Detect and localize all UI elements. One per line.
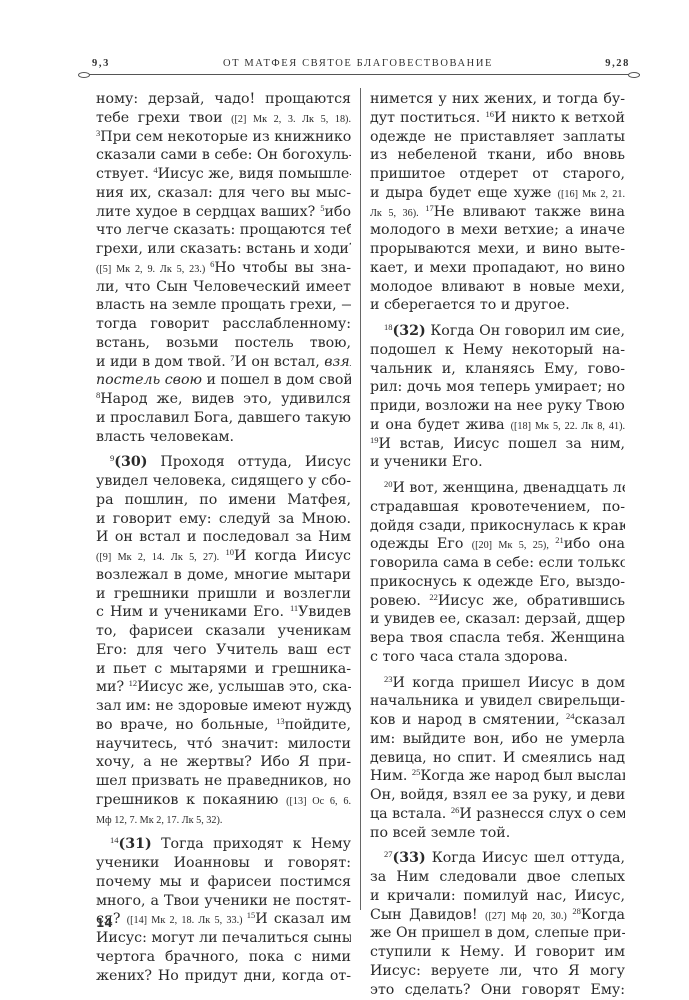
column-divider	[360, 88, 361, 910]
text-line: и грешники пришли и возлегли	[96, 585, 351, 604]
verse-number: 21	[555, 535, 564, 545]
text-line: и прославил Бога, давшего такую	[96, 409, 351, 428]
text-line: рил: дочь моя теперь умирает; но	[370, 378, 625, 397]
paragraph: 18(32) Когда Он говорил им сие, подошел …	[370, 322, 625, 472]
text-line: ми? 12Иисус же, услышав это, ска-	[96, 678, 351, 697]
verse-number: 12	[129, 678, 138, 688]
text-line: приди, возложи на нее руку Твою,	[370, 397, 625, 416]
verse-number: 20	[384, 479, 393, 489]
text-line: Он, войдя, взял ее за руку, и деви-	[370, 786, 625, 805]
text-line: 9(30) Проходя оттуда, Иисус	[96, 453, 351, 472]
section-number: (31)	[119, 836, 152, 852]
text-line: одежды Его ([20] Мк 5, 25), 21ибо она	[370, 535, 625, 554]
text-line: 3При сем некоторые из книжников	[96, 128, 351, 147]
text-line: 19И встав, Иисус пошел за ним,	[370, 435, 625, 454]
verse-number: 14	[110, 835, 119, 845]
text-line: ся? ([14] Мк 2, 18. Лк 5, 33.) 15И сказа…	[96, 910, 351, 929]
header-title: ОТ МАТФЕЯ СВЯТОЕ БЛАГОВЕСТВОВАНИЕ	[78, 58, 638, 69]
text-line: то, фарисеи сказали ученикам	[96, 622, 351, 641]
text-line: и сберегается то и другое.	[370, 296, 625, 315]
text-line: начальника и увидел свирельщи-	[370, 692, 625, 711]
text-line: девица, но спит. И смеялись над	[370, 749, 625, 768]
page-number: 14	[96, 916, 113, 930]
cross-reference: ([16] Мк 2, 21.	[558, 189, 625, 200]
text-line: Мф 12, 7. Мк 2, 17. Лк 5, 32).	[96, 810, 351, 829]
verse-number: 17	[425, 203, 434, 213]
section-number: (33)	[393, 850, 426, 866]
header-rule	[80, 74, 640, 75]
text-line: же Он пришел в дом, слепые при-	[370, 924, 625, 943]
text-line: им: выйдите вон, ибо не умерла	[370, 730, 625, 749]
text-line: Лк 5, 36). 17Не вливают также вина	[370, 203, 625, 222]
text-line: ступили к Нему. И говорит им	[370, 943, 625, 962]
paragraph: ному: дерзай, чадо! прощаются тебе грехи…	[96, 90, 351, 446]
text-line: это сделать? Они говорят Ему:	[370, 981, 625, 1000]
text-line: нимется у них жених, и тогда бу-	[370, 90, 625, 109]
text-line: дойдя сзади, прикоснулась к краю	[370, 517, 625, 536]
running-header: 9,3 ОТ МАТФЕЯ СВЯТОЕ БЛАГОВЕСТВОВАНИЕ 9,…	[78, 58, 638, 78]
text-line: Сын Давидов! ([27] Мф 20, 30.) 28Когда	[370, 906, 625, 925]
cross-reference: ([13] Ос 6, 6.	[286, 796, 351, 807]
text-line: вера твоя спасла тебя. Женщина	[370, 629, 625, 648]
verse-number: 11	[290, 603, 298, 613]
cross-reference: ([9] Мк 2, 14. Лк 5, 27).	[96, 552, 225, 563]
text-line: ствует. 4Иисус же, видя помышле-	[96, 165, 351, 184]
text-line: тебе грехи твои ([2] Мк 2, 3. Лк 5, 18).	[96, 109, 351, 128]
text-line: подошел к Нему некоторый на-	[370, 341, 625, 360]
text-line: кает, и мехи пропадают, но вино	[370, 259, 625, 278]
text-line: из небеленой ткани, ибо вновь	[370, 146, 625, 165]
text-line: и говорит ему: следуй за Мною.	[96, 510, 351, 529]
text-line: возлежал в доме, многие мытари	[96, 566, 351, 585]
cross-reference: ([20] Мк 5, 25),	[472, 540, 556, 551]
text-line: дут поститься. 16И никто к ветхой	[370, 109, 625, 128]
text-line: сказали сами в себе: Он богохуль-	[96, 146, 351, 165]
cross-reference: Мф 12, 7. Мк 2, 17. Лк 5, 32).	[96, 815, 222, 826]
text-line: Иисус: веруете ли, что Я могу	[370, 962, 625, 981]
paragraph: 14(31) Тогда приходят к Нему ученики Иоа…	[96, 835, 351, 985]
text-line: Иисус: могут ли печалиться сыны	[96, 929, 351, 948]
text-line: Ним. 25Когда же народ был выслан,	[370, 767, 625, 786]
text-line: с того часа стала здорова.	[370, 648, 625, 667]
cross-reference: ([5] Мк 2, 9. Лк 5, 23.)	[96, 264, 210, 275]
cross-reference: ([27] Мф 20, 30.)	[485, 911, 572, 922]
text-line: ученики Иоанновы и говорят:	[96, 854, 351, 873]
paragraph: 27(33) Когда Иисус шел оттуда, за Ним сл…	[370, 849, 625, 999]
text-line: одежде не приставляет заплаты	[370, 128, 625, 147]
text-line: молодого в мехи ветхие; а иначе	[370, 221, 625, 240]
text-line: во враче, но больные, 13пойдите,	[96, 716, 351, 735]
text-line: постель свою и пошел в дом свой.	[96, 371, 351, 390]
text-line: 27(33) Когда Иисус шел оттуда,	[370, 849, 625, 868]
text-line: грехи, или сказать: встань и ходи?	[96, 240, 351, 259]
text-line: жених? Но придут дни, когда от-	[96, 967, 351, 986]
cross-reference: Лк 5, 36).	[370, 208, 425, 219]
verse-number: 19	[370, 435, 379, 445]
paragraph: 20И вот, женщина, двенадцать лет страдав…	[370, 479, 625, 667]
verse-number: 13	[276, 716, 285, 726]
text-line: власть человекам.	[96, 428, 351, 447]
cross-reference: ([2] Мк 2, 3. Лк 5, 18).	[231, 114, 351, 125]
text-line: увидел человека, сидящего у сбо-	[96, 472, 351, 491]
text-line: хочу, а не жертвы? Ибо Я при-	[96, 753, 351, 772]
text-line: 20И вот, женщина, двенадцать лет	[370, 479, 625, 498]
text-line: чертога брачного, пока с ними	[96, 948, 351, 967]
text-line: и пьет с мытарями и грешника-	[96, 660, 351, 679]
text-line: научитесь, что́ значит: милости	[96, 735, 351, 754]
text-line: и ученики Его.	[370, 453, 625, 472]
verse-number: 15	[247, 910, 256, 920]
text-line: почему мы и фарисеи постимся	[96, 873, 351, 892]
text-line: ному: дерзай, чадо! прощаются	[96, 90, 351, 109]
section-number: (32)	[393, 323, 426, 339]
text-line: грешников к покаянию ([13] Ос 6, 6.	[96, 791, 351, 810]
text-line: и кричали: помилуй нас, Иисус,	[370, 887, 625, 906]
verse-number: 27	[384, 849, 393, 859]
text-line: страдавшая кровотечением, по-	[370, 498, 625, 517]
text-line: тогда говорит расслабленному:	[96, 315, 351, 334]
verse-number: 18	[384, 322, 393, 332]
verse-number: 22	[429, 592, 438, 602]
text-line: за Ним следовали двое слепых	[370, 868, 625, 887]
text-line: ([5] Мк 2, 9. Лк 5, 23.) 6Но чтобы вы зн…	[96, 259, 351, 278]
text-line: ков и народ в смятении, 24сказал	[370, 711, 625, 730]
text-line: власть на земле прощать грехи, —	[96, 296, 351, 315]
text-line: ра пошлин, по имени Матфея,	[96, 491, 351, 510]
text-line: и дыра будет еще хуже ([16] Мк 2, 21.	[370, 184, 625, 203]
header-right-reference: 9,28	[605, 58, 630, 69]
text-line: И он встал и последовал за Ним	[96, 528, 351, 547]
text-line: и иди в дом твой. 7И он встал, взял	[96, 353, 351, 372]
text-line: и увидев ее, сказал: дерзай, дщерь!	[370, 610, 625, 629]
verse-number: 10	[225, 547, 234, 557]
text-line: прикоснусь к одежде Его, выздо-	[370, 573, 625, 592]
text-line: молодое вливают в новые мехи,	[370, 278, 625, 297]
left-column: ному: дерзай, чадо! прощаются тебе грехи…	[96, 90, 351, 985]
text-line: говорила сама в себе: если только	[370, 554, 625, 573]
text-line: шел призвать не праведников, но	[96, 772, 351, 791]
verse-number: 24	[566, 711, 575, 721]
text-line: ния их, сказал: для чего вы мыс-	[96, 184, 351, 203]
text-line: 18(32) Когда Он говорил им сие,	[370, 322, 625, 341]
text-line: 23И когда пришел Иисус в дом	[370, 674, 625, 693]
text-line: чальник и, кланяясь Ему, гово-	[370, 360, 625, 379]
text-line: зал им: не здоровые имеют нужду	[96, 697, 351, 716]
cross-reference: ([14] Мк 2, 18. Лк 5, 33.)	[127, 915, 247, 926]
text-line: ([9] Мк 2, 14. Лк 5, 27). 10И когда Иису…	[96, 547, 351, 566]
header-ornament-left-icon	[78, 72, 90, 78]
text-line: по всей земле той.	[370, 824, 625, 843]
text-line: с Ним и учениками Его. 11Увидев	[96, 603, 351, 622]
text-line: 8Народ же, видев это, удивился	[96, 390, 351, 409]
paragraph: нимется у них жених, и тогда бу- дут пос…	[370, 90, 625, 315]
cross-reference: ([18] Мк 5, 22. Лк 8, 41).	[511, 421, 625, 432]
text-line: ли, что Сын Человеческий имеет	[96, 278, 351, 297]
right-column: нимется у них жених, и тогда бу- дут пос…	[370, 90, 625, 999]
text-line: 14(31) Тогда приходят к Нему	[96, 835, 351, 854]
header-ornament-right-icon	[628, 72, 640, 78]
text-line: пришитое отдерет от старого,	[370, 165, 625, 184]
verse-number: 28	[572, 906, 581, 916]
text-line: Его: для чего Учитель ваш ест	[96, 641, 351, 660]
verse-number: 23	[384, 674, 393, 684]
text-line: что легче сказать: прощаются тебе	[96, 221, 351, 240]
text-line: встань, возьми постель твою,	[96, 334, 351, 353]
text-line: много, а Твои ученики не постят-	[96, 892, 351, 911]
text-line: ровею. 22Иисус же, обратившись	[370, 592, 625, 611]
text-line: лите худое в сердцах ваших? 5ибо	[96, 203, 351, 222]
verse-number: 16	[485, 109, 494, 119]
text-line: ца встала. 26И разнесся слух о сем	[370, 805, 625, 824]
paragraph: 23И когда пришел Иисус в дом начальника …	[370, 674, 625, 843]
text-line: и она будет жива ([18] Мк 5, 22. Лк 8, 4…	[370, 416, 625, 435]
paragraph: 9(30) Проходя оттуда, Иисус увидел челов…	[96, 453, 351, 828]
section-number: (30)	[114, 454, 147, 470]
text-line: прорываются мехи, и вино выте-	[370, 240, 625, 259]
